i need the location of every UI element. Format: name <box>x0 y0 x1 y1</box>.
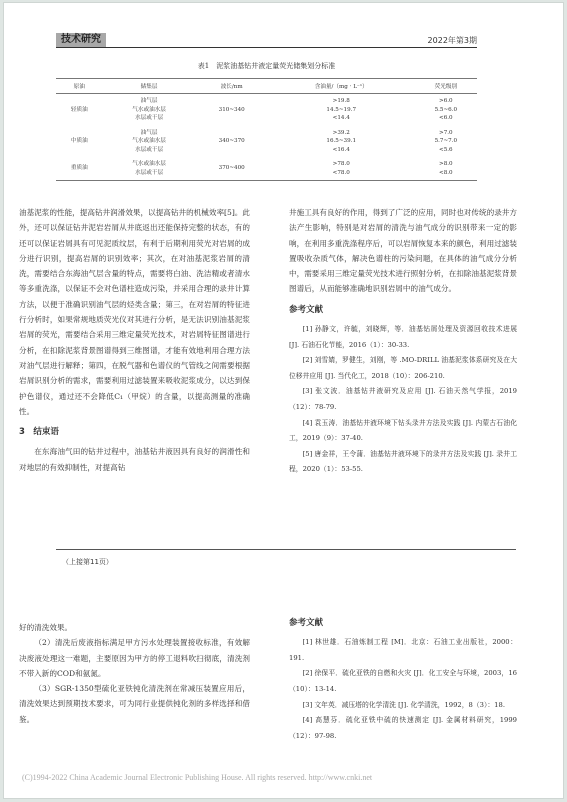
table-title: 表1 泥浆油基钻井液定量荧光储集划分标准 <box>56 61 477 71</box>
cell-oil: 重质油 <box>56 157 103 181</box>
reference-item: [3] 张文波．油基钻井液研究及应用 [J]. 石油天然气学报，2019（12）… <box>289 384 517 415</box>
col-header: 波长/nm <box>196 79 268 94</box>
upper-left-column: 油基泥浆的性能，提高钻井润滑效果，以提高钻井的机械效率[5]。此外，还可以保证钻… <box>19 205 250 475</box>
issue-label: 2022年第3期 <box>428 35 477 46</box>
reference-item: [4] 袁玉涛．油基钻井液环境下钻头录井方法及实践 [J]. 内蒙古石油化工，2… <box>289 416 517 447</box>
cell-oil: 轻质油 <box>56 94 103 126</box>
references-heading: 参考文献 <box>289 616 517 631</box>
section-heading: 3 结束语 <box>19 425 250 440</box>
table-row: 中质油 油气层 气水或油水层 水层或干层 340~370 >39.2 16.5~… <box>56 126 477 158</box>
cell-layers: 气水或油水层 水层或干层 <box>103 157 196 181</box>
reference-item: [1] 孙静文，许毓，刘晓辉，等．油基钻屑处理及资源回收技术进展 [J]. 石油… <box>289 322 517 353</box>
body-paragraph: 油基泥浆的性能，提高钻井润滑效果，以提高钻井的机械效率[5]。此外，还可以保证钻… <box>19 205 250 419</box>
reference-item: [4] 高慧芬．硫化亚铁中硫的快速测定 [J]. 金属材料研究，1999（12）… <box>289 713 517 744</box>
col-header: 原油 <box>56 79 103 94</box>
cell-wavelength: 310~340 <box>196 94 268 126</box>
running-header: 技术研究 2022年第3期 <box>56 33 477 48</box>
body-paragraph: 在东海油气田的钻井过程中，油基钻井液因具有良好的润滑性和对地层的有效抑制性，对提… <box>19 444 250 475</box>
cell-oil: 中质油 <box>56 126 103 158</box>
continued-from-label: （上接第11页） <box>62 557 113 567</box>
cell-level: >6.0 5.5~6.0 <6.0 <box>415 94 477 126</box>
body-paragraph: 好的清洗效果。 <box>19 620 250 635</box>
upper-right-column: 井施工具有良好的作用，得到了广泛的应用，同时也对传统的录井方法产生影响，特别是对… <box>289 205 517 478</box>
table-row: 重质油 气水或油水层 水层或干层 370~400 >78.0 <78.0 >8.… <box>56 157 477 181</box>
lower-left-column: 好的清洗效果。 （2）清洗后废液指标满足甲方污水处理装置接收标准，有效解决废液处… <box>19 620 250 727</box>
section-tag: 技术研究 <box>56 33 106 47</box>
body-paragraph: （3）SGR-1350型硫化亚铁钝化清洗剂在常减压装置应用后，清洗效果达到预期技… <box>19 681 250 727</box>
cell-content: >78.0 <78.0 <box>268 157 415 181</box>
journal-page: 技术研究 2022年第3期 表1 泥浆油基钻井液定量荧光储集划分标准 原油 储集… <box>3 2 564 799</box>
col-header: 储集层 <box>103 79 196 94</box>
copyright-footer: (C)1994-2022 China Academic Journal Elec… <box>22 773 372 782</box>
cell-content: >19.8 14.5~19.7 <14.4 <box>268 94 415 126</box>
col-header: 含油量/（mg · L⁻¹） <box>268 79 415 94</box>
reference-item: [2] 刘雪婧，罗健生，刘刚，等 .MO-DRILL 油基泥浆体系研究及在大位移… <box>289 353 517 384</box>
body-paragraph: （2）清洗后废液指标满足甲方污水处理装置接收标准，有效解决废液处理这一难题，主要… <box>19 635 250 681</box>
cell-level: >8.0 <8.0 <box>415 157 477 181</box>
reference-item: [5] 唐金祥，王令蒲．油基钻井液环境下的录井方法及实践 [J]. 录井工程，2… <box>289 447 517 478</box>
fluorescence-table: 原油 储集层 波长/nm 含油量/（mg · L⁻¹） 荧光级别 轻质油 油气层… <box>56 78 477 181</box>
divider <box>56 549 516 550</box>
cell-content: >39.2 16.5~39.1 <16.4 <box>268 126 415 158</box>
references-heading: 参考文献 <box>289 303 517 318</box>
table-row: 轻质油 油气层 气水或油水层 水层或干层 310~340 >19.8 14.5~… <box>56 94 477 126</box>
lower-right-column: 参考文献 [1] 林世雄．石油炼制工程 [M]．北京：石油工业出版社，2000：… <box>289 610 517 744</box>
reference-item: [1] 林世雄．石油炼制工程 [M]．北京：石油工业出版社，2000：191. <box>289 635 517 666</box>
cell-level: >7.0 5.7~7.0 <5.6 <box>415 126 477 158</box>
col-header: 荧光级别 <box>415 79 477 94</box>
reference-item: [2] 徐保平．硫化亚铁的自燃和火灾 [J]．化工安全与环境，2003，16（1… <box>289 666 517 697</box>
cell-layers: 油气层 气水或油水层 水层或干层 <box>103 126 196 158</box>
cell-layers: 油气层 气水或油水层 水层或干层 <box>103 94 196 126</box>
reference-item: [3] 文年英．减压塔的化学清洗 [J]. 化学清洗，1992，8（3）：18. <box>289 698 517 714</box>
reference-list: [1] 林世雄．石油炼制工程 [M]．北京：石油工业出版社，2000：191. … <box>289 635 517 744</box>
reference-list: [1] 孙静文，许毓，刘晓辉，等．油基钻屑处理及资源回收技术进展 [J]. 石油… <box>289 322 517 478</box>
cell-wavelength: 340~370 <box>196 126 268 158</box>
body-paragraph: 井施工具有良好的作用，得到了广泛的应用，同时也对传统的录井方法产生影响，特别是对… <box>289 205 517 297</box>
cell-wavelength: 370~400 <box>196 157 268 181</box>
